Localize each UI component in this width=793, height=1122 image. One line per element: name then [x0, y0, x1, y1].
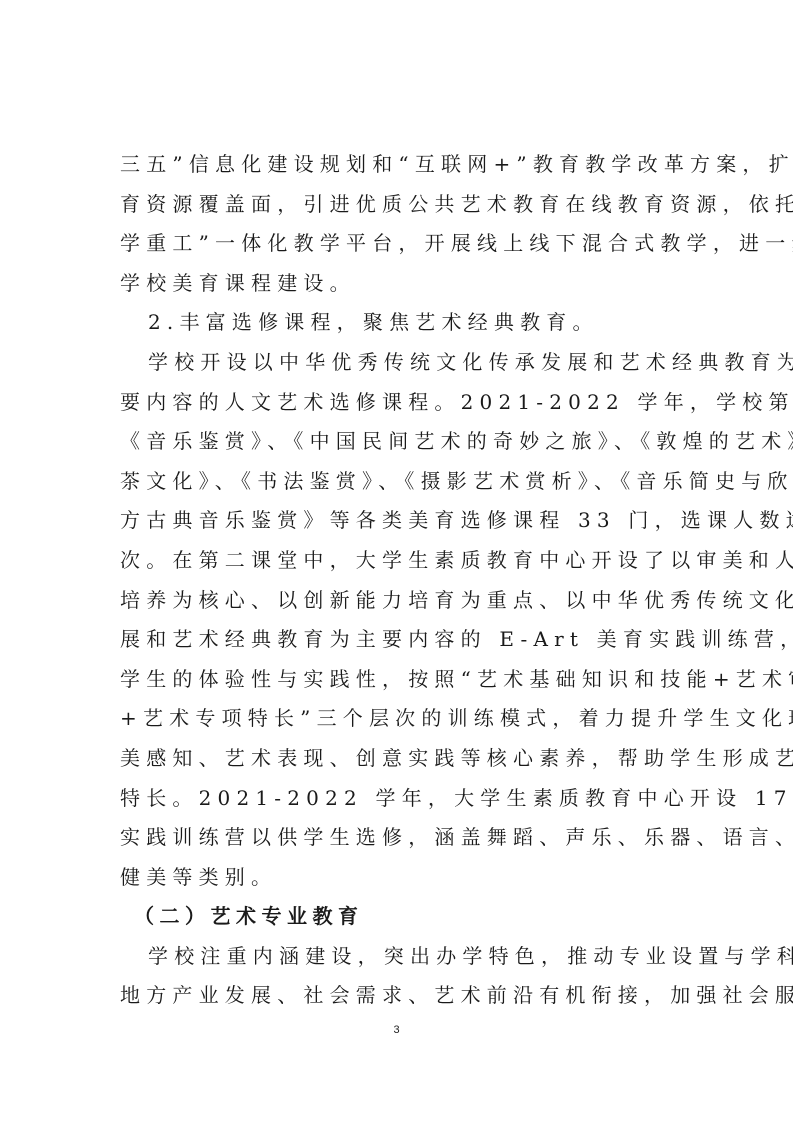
text-line: 特长。2021-2022 学年，大学生素质教育中心开设 17 个 E-Art 美… [120, 779, 714, 819]
text-line: 展和艺术经典教育为主要内容的 E-Art 美育实践训练营，重在增强 [120, 620, 714, 660]
text-line: 学生的体验性与实践性，按照“艺术基础知识和技能+艺术审美体验 [120, 660, 714, 700]
text-line: 地方产业发展、社会需求、艺术前沿有机衔接，加强社会服务意识， [120, 976, 714, 1016]
document-page: 三五”信息化建设规划和“互联网+”教育教学改革方案，扩大优质教 育资源覆盖面，引… [0, 0, 793, 1122]
text-line: 健美等类别。 [120, 858, 714, 898]
section-heading: （二）艺术专业教育 [120, 897, 714, 937]
body-text: 三五”信息化建设规划和“互联网+”教育教学改革方案，扩大优质教 育资源覆盖面，引… [120, 145, 714, 1016]
text-line: 要内容的人文艺术选修课程。2021-2022 学年，学校第一课堂开出 [120, 383, 714, 423]
text-line: +艺术专项特长”三个层次的训练模式，着力提升学生文化理解、审 [120, 699, 714, 739]
text-line: 三五”信息化建设规划和“互联网+”教育教学改革方案，扩大优质教 [120, 145, 714, 185]
text-line: 培养为核心、以创新能力培育为重点、以中华优秀传统文化传承发 [120, 581, 714, 621]
paragraph-start: 学校注重内涵建设，突出办学特色，推动专业设置与学科建设、 [120, 937, 714, 977]
page-number: 3 [0, 1024, 793, 1036]
text-line: 《音乐鉴赏》、《中国民间艺术的奇妙之旅》、《敦煌的艺术》、《中国 [120, 422, 714, 462]
text-line: 美感知、艺术表现、创意实践等核心素养，帮助学生形成艺术专项 [120, 739, 714, 779]
text-line: 学校美育课程建设。 [120, 264, 714, 304]
subsection-title: 2.丰富选修课程，聚焦艺术经典教育。 [120, 303, 714, 343]
text-line: 方古典音乐鉴赏》等各类美育选修课程 33 门，选课人数达 2908 人 [120, 501, 714, 541]
paragraph-start: 学校开设以中华优秀传统文化传承发展和艺术经典教育为主 [120, 343, 714, 383]
text-line: 育资源覆盖面，引进优质公共艺术教育在线教育资源，依托学校“智 [120, 185, 714, 225]
text-line: 学重工”一体化教学平台，开展线上线下混合式教学，进一步完善 [120, 224, 714, 264]
text-line: 茶文化》、《书法鉴赏》、《摄影艺术赏析》、《音乐简史与欣赏》、《西 [120, 462, 714, 502]
text-line: 实践训练营以供学生选修，涵盖舞蹈、声乐、乐器、语言、表演、 [120, 818, 714, 858]
text-line: 次。在第二课堂中，大学生素质教育中心开设了以审美和人文素养 [120, 541, 714, 581]
